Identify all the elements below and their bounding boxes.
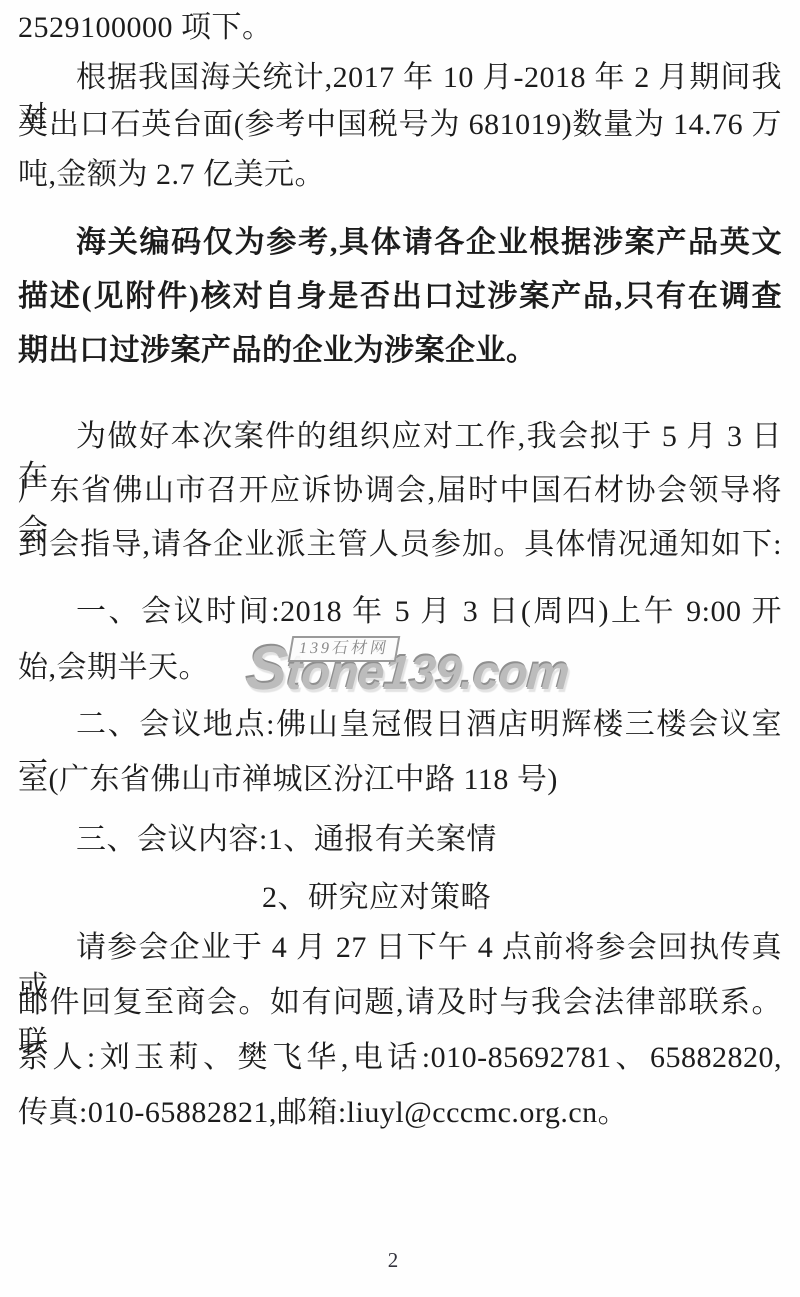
doc-line-bold: 海关编码仅为参考,具体请各企业根据涉案产品英文	[18, 223, 782, 263]
doc-line: 吨,金额为 2.7 亿美元。	[18, 155, 782, 195]
doc-line: 美出口石英台面(参考中国税号为 681019)数量为 14.76 万	[18, 105, 782, 145]
doc-line: 始,会期半天。	[18, 648, 782, 688]
doc-line-bold: 期出口过涉案产品的企业为涉案企业。	[18, 331, 782, 371]
doc-line-bold: 描述(见附件)核对自身是否出口过涉案产品,只有在调查	[18, 277, 782, 317]
doc-line: 到会指导,请各企业派主管人员参加。具体情况通知如下:	[18, 525, 782, 565]
doc-line: 2、研究应对策略	[18, 878, 782, 918]
doc-line: 传真:010-65882821,邮箱:liuyl@cccmc.org.cn。	[18, 1093, 782, 1133]
doc-line: 一、会议时间:2018 年 5 月 3 日(周四)上午 9:00 开	[18, 592, 782, 632]
doc-line: 三、会议内容:1、通报有关案情	[18, 820, 782, 860]
page-number: 2	[0, 1248, 786, 1273]
document-page: 2529100000 项下。 根据我国海关统计,2017 年 10 月-2018…	[0, 0, 800, 1297]
doc-line: 系人:刘玉莉、樊飞华,电话:010-85692781、65882820,	[18, 1038, 782, 1078]
doc-line: 室(广东省佛山市禅城区汾江中路 118 号)	[18, 760, 782, 800]
doc-line: 2529100000 项下。	[18, 8, 782, 48]
